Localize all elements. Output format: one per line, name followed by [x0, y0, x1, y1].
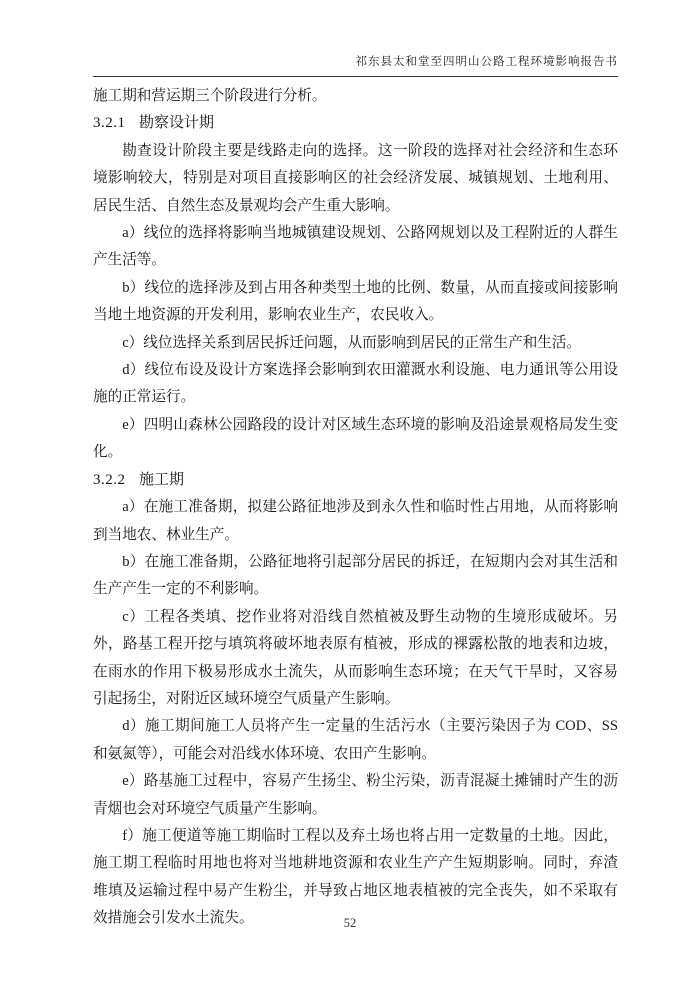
running-header: 祁东县太和堂至四明山公路工程环境影响报告书: [93, 53, 618, 77]
item-a-alignment-planning: a）线位的选择将影响当地城镇建设规划、公路网规划以及工程附近的人群生产生活等。: [93, 220, 618, 275]
item-b-land-occupation: b）线位的选择涉及到占用各种类型土地的比例、数量，从而直接或间接影响当地土地资源…: [93, 275, 618, 330]
item-a-land-requisition: a）在施工准备期，拟建公路征地涉及到永久性和临时性占用地，从而将影响到当地农、林…: [93, 494, 618, 549]
item-c-resident-relocation: c）线位选择关系到居民拆迁问题，从而影响到居民的正常生产和生活。: [93, 330, 618, 357]
section-title: 勘察设计期: [139, 115, 214, 131]
document-body: 施工期和营运期三个阶段进行分析。 3.2.1勘察设计期 勘查设计阶段主要是线路走…: [93, 83, 618, 933]
document-page: 祁东县太和堂至四明山公路工程环境影响报告书 施工期和营运期三个阶段进行分析。 3…: [0, 0, 700, 990]
section-heading-3-2-1: 3.2.1勘察设计期: [93, 110, 618, 137]
item-c-earthworks-vegetation: c）工程各类填、挖作业将对沿线自然植被及野生动物的生境形成破坏。另外，路基工程开…: [93, 604, 618, 714]
item-b-relocation-impact: b）在施工准备期，公路征地将引起部分居民的拆迁，在短期内会对其生活和生产产生一定…: [93, 549, 618, 604]
page-number: 52: [0, 916, 700, 931]
item-d-public-facilities: d）线位布设及设计方案选择会影响到农田灌溉水利设施、电力通讯等公用设施的正常运行…: [93, 357, 618, 412]
item-e-dust-asphalt-fume: e）路基施工过程中，容易产生扬尘、粉尘污染，沥青混凝土摊铺时产生的沥青烟也会对环…: [93, 768, 618, 823]
item-d-sewage-impact: d）施工期间施工人员将产生一定量的生活污水（主要污染因子为 COD、SS 和氨氮…: [93, 713, 618, 768]
intro-continuation-paragraph: 施工期和营运期三个阶段进行分析。: [93, 83, 618, 110]
section-heading-3-2-2: 3.2.2施工期: [93, 467, 618, 494]
section-number: 3.2.2: [93, 472, 126, 488]
section-number: 3.2.1: [93, 115, 126, 131]
section-title: 施工期: [139, 472, 184, 488]
para-survey-design-overview: 勘查设计阶段主要是线路走向的选择。这一阶段的选择对社会经济和生态环境影响较大，特…: [93, 138, 618, 220]
item-e-forest-park-landscape: e）四明山森林公园路段的设计对区域生态环境的影响及沿途景观格局发生变化。: [93, 412, 618, 467]
